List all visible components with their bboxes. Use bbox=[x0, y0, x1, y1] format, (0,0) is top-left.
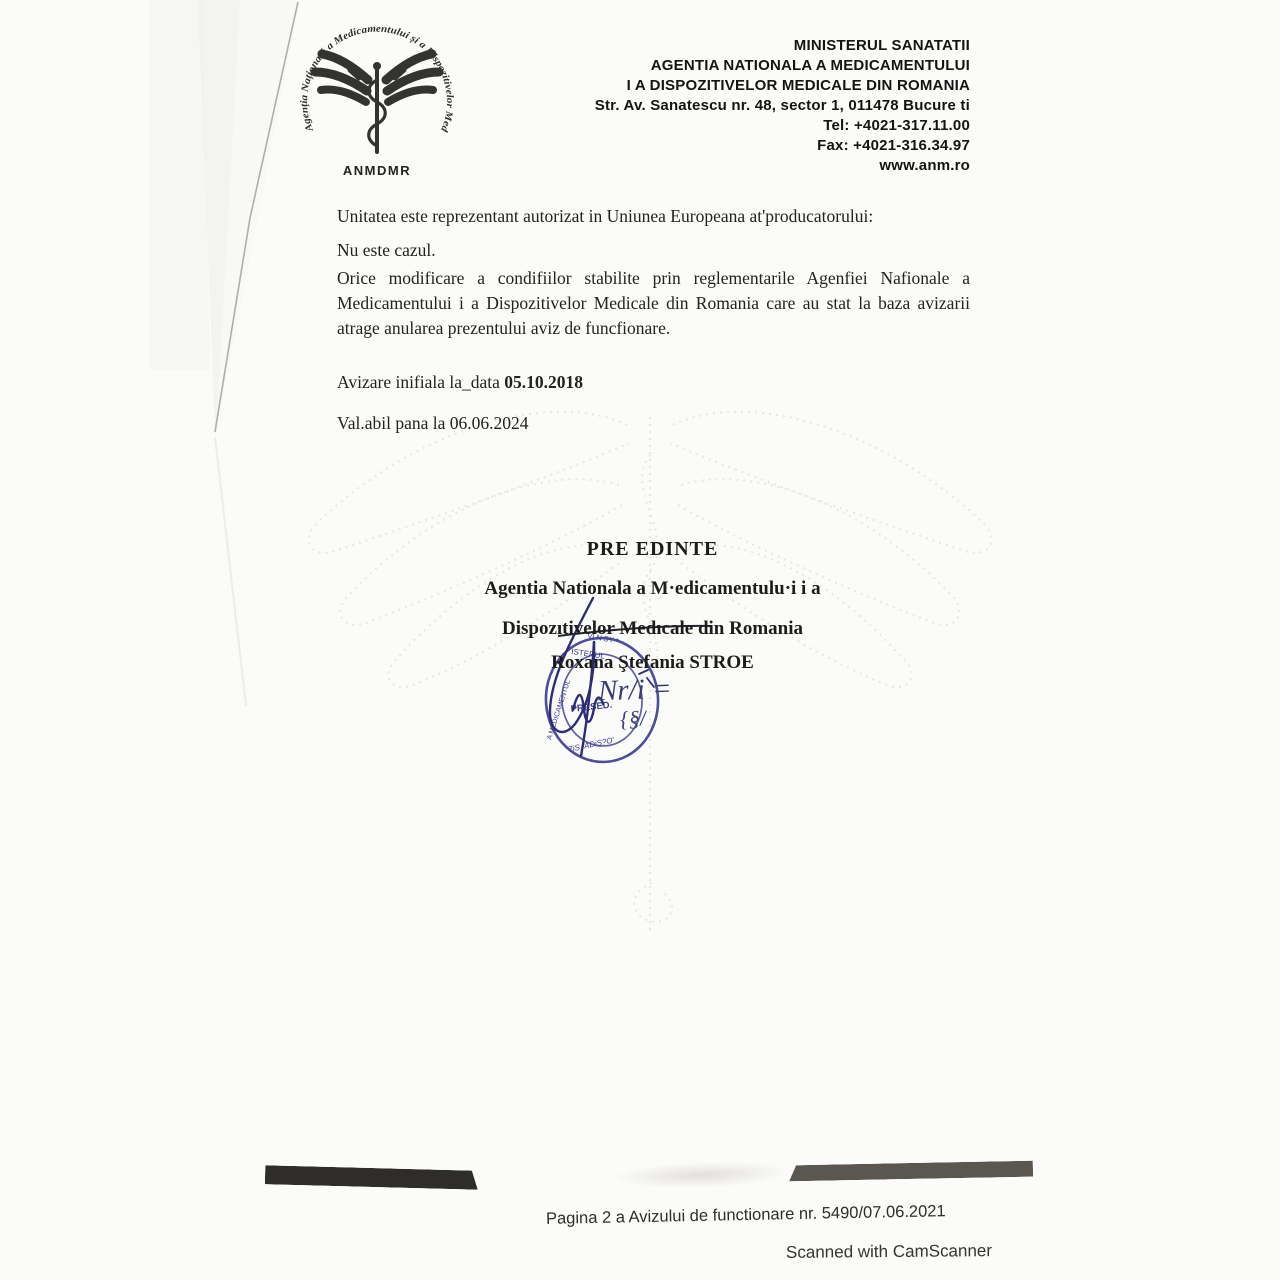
paragraph-modification-clause: Orice modificare a condifiilor stabilite… bbox=[337, 266, 970, 341]
svg-text:7iS fADiS?O': 7iS fADiS?O' bbox=[568, 735, 616, 754]
signature-agency-line2: Dispozıtivelor Medıcale din Romania bbox=[330, 618, 975, 640]
erased-smudge bbox=[612, 1159, 793, 1191]
agency-name-1: AGENTIA NATIONALA A MEDICAMENTULUI bbox=[560, 56, 970, 76]
page-number-note: Pagina 2 a Avizului de functionare nr. 5… bbox=[546, 1202, 946, 1229]
redaction-bar-left bbox=[265, 1165, 478, 1190]
initial-approval-line: Avizare inifiala la_data 05.10.2018 bbox=[337, 372, 583, 393]
address: Str. Av. Sanatescu nr. 48, sector 1, 011… bbox=[560, 96, 970, 116]
ministry-name: MINISTERUL SANATATII bbox=[560, 36, 970, 56]
agency-name-2: I A DISPOZITIVELOR MEDICALE DIN ROMANIA bbox=[560, 76, 970, 96]
camscanner-note: Scanned with CamScanner bbox=[786, 1241, 992, 1263]
website: www.anm.ro bbox=[560, 156, 970, 176]
signature-agency-line1: Agentia Nationala a M·edicamentulu·i i a bbox=[330, 578, 975, 600]
initial-approval-label: Avizare inifiala la_data bbox=[337, 372, 504, 392]
logo-acronym: ANMDMR bbox=[343, 163, 411, 178]
initial-approval-date: 05.10.2018 bbox=[504, 372, 583, 392]
caduceus-icon bbox=[315, 54, 439, 152]
president-name: Roxana Ştefania STROE bbox=[330, 652, 975, 674]
phone: Tel: +4021-317.11.00 bbox=[560, 116, 970, 136]
paragraph-not-applicable: Nu este cazul. bbox=[337, 240, 737, 261]
handwritten-paragraph-mark: {§/ bbox=[619, 705, 647, 733]
letterhead: MINISTERUL SANATATII AGENTIA NATIONALA A… bbox=[560, 36, 970, 176]
president-title: PRE EDINTE bbox=[330, 538, 975, 561]
paragraph-representative: Unitatea este reprezentant autorizat in … bbox=[337, 206, 1017, 227]
fax: Fax: +4021-316.34.97 bbox=[560, 136, 970, 156]
scanned-document-page: Agenția Națională a Medicamentului și a … bbox=[0, 0, 1280, 1280]
valid-until-line: Val.abil pana la 06.06.2024 bbox=[337, 413, 528, 434]
handwritten-number-note: Nr/i = bbox=[597, 673, 672, 709]
anmdmr-logo: Agenția Națională a Medicamentului și a … bbox=[292, 18, 462, 194]
redaction-bar-right bbox=[789, 1161, 1033, 1182]
